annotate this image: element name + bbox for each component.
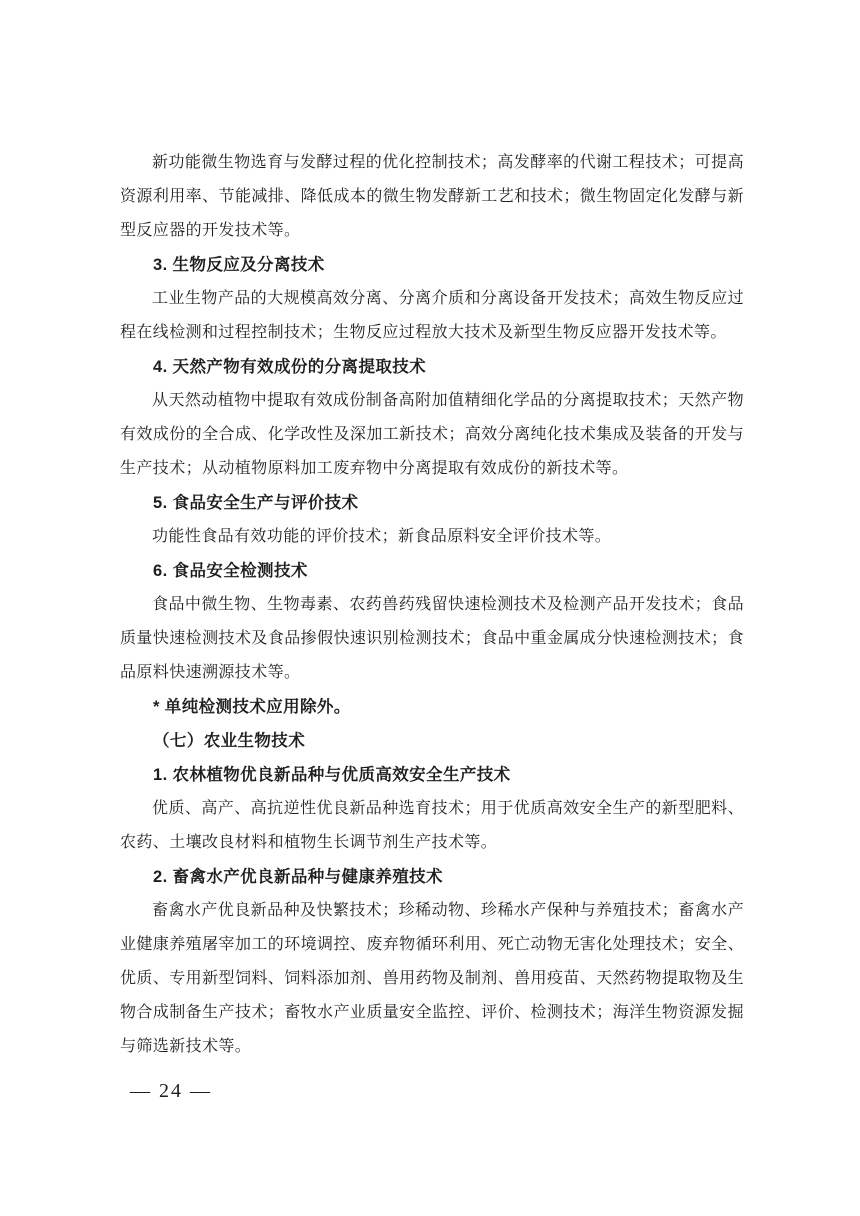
- item-heading: 1. 农林植物优良新品种与优质高效安全生产技术: [120, 758, 744, 792]
- body-paragraph: 食品中微生物、生物毒素、农药兽药残留快速检测技术及检测产品开发技术；食品质量快速…: [120, 588, 744, 690]
- item-heading: 6. 食品安全检测技术: [120, 554, 744, 588]
- body-paragraph: 从天然动植物中提取有效成份制备高附加值精细化学品的分离提取技术；天然产物有效成份…: [120, 384, 744, 486]
- document-page-body: 新功能微生物选育与发酵过程的优化控制技术；高发酵率的代谢工程技术；可提高资源利用…: [120, 146, 744, 1064]
- page-number: — 24 —: [130, 1080, 212, 1103]
- body-paragraph: 新功能微生物选育与发酵过程的优化控制技术；高发酵率的代谢工程技术；可提高资源利用…: [120, 146, 744, 248]
- item-heading: 3. 生物反应及分离技术: [120, 248, 744, 282]
- body-paragraph: 功能性食品有效功能的评价技术；新食品原料安全评价技术等。: [120, 520, 744, 554]
- item-heading: 2. 畜禽水产优良新品种与健康养殖技术: [120, 860, 744, 894]
- body-paragraph: 优质、高产、高抗逆性优良新品种选育技术；用于优质高效安全生产的新型肥料、农药、土…: [120, 792, 744, 860]
- item-heading: 5. 食品安全生产与评价技术: [120, 486, 744, 520]
- item-heading: 4. 天然产物有效成份的分离提取技术: [120, 350, 744, 384]
- exclusion-note: * 单纯检测技术应用除外。: [120, 690, 744, 724]
- body-paragraph: 畜禽水产优良新品种及快繁技术；珍稀动物、珍稀水产保种与养殖技术；畜禽水产业健康养…: [120, 894, 744, 1064]
- body-paragraph: 工业生物产品的大规模高效分离、分离介质和分离设备开发技术；高效生物反应过程在线检…: [120, 282, 744, 350]
- section-heading: （七）农业生物技术: [120, 724, 744, 758]
